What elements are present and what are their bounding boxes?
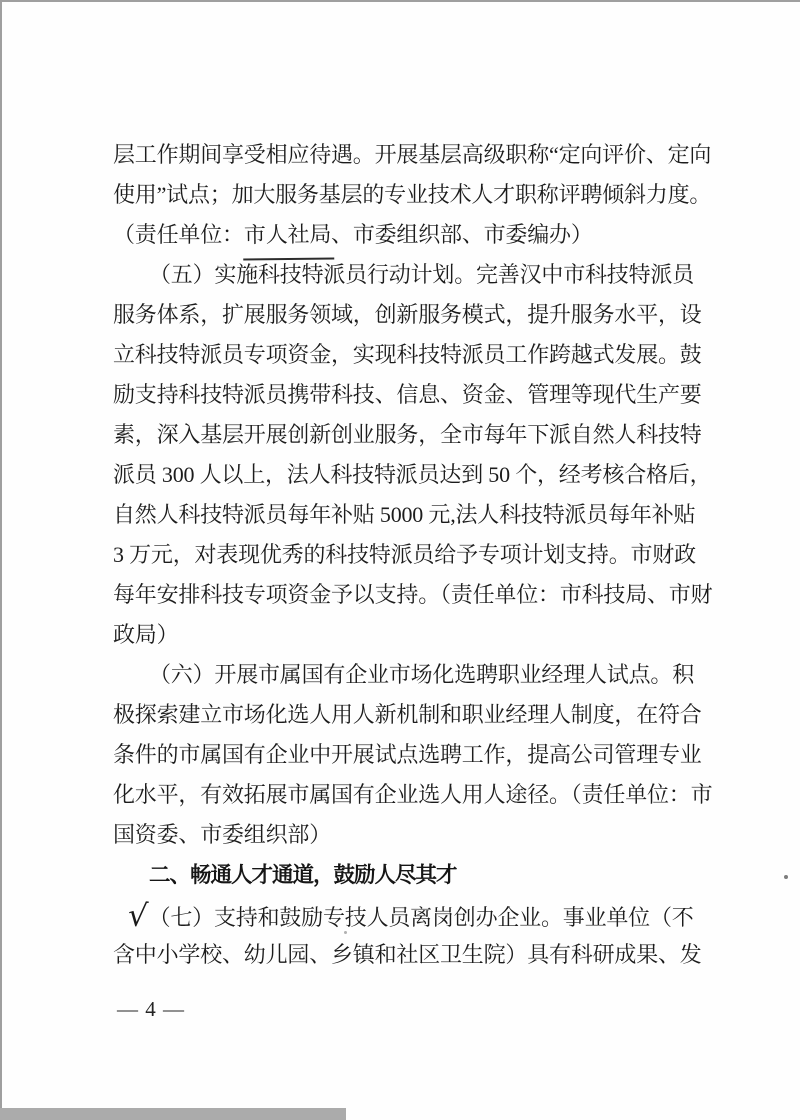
text-line: 每年安排科技专项资金予以支持。（责任单位：市科技局、市财 bbox=[113, 575, 713, 615]
scan-edge-left bbox=[0, 0, 2, 1120]
text-segment: 、市委组织部、市委编办） bbox=[331, 222, 593, 247]
text-line: 派员 300 人以上，法人科技特派员达到 50 个，经考核合格后， bbox=[113, 455, 713, 495]
section-heading: 二、畅通人才通道，鼓励人尽其才 bbox=[113, 855, 713, 895]
text-line: 立科技特派员专项资金，实现科技特派员工作跨越式发展。鼓 bbox=[113, 335, 713, 375]
text-line: 励支持科技特派员携带科技、信息、资金、管理等现代生产要 bbox=[113, 375, 713, 415]
text-line: （五）实施科技特派员行动计划。完善汉中市科技特派员 bbox=[113, 255, 713, 295]
scanned-document-page: { "meta": { "page_background": "#fefefe"… bbox=[0, 0, 800, 1120]
text-line: 化水平，有效拓展市属国有企业选人用人途径。（责任单位：市 bbox=[113, 775, 713, 815]
document-text-block: 层工作期间享受相应待遇。开展基层高级职称“定向评价、定向使用”试点；加大服务基层… bbox=[113, 135, 713, 975]
text-line: √（七）支持和鼓励专技人员离岗创办企业。事业单位（不 bbox=[113, 895, 713, 935]
scan-edge-top bbox=[0, 0, 800, 2]
text-line: 素，深入基层开展创新创业服务，全市每年下派自然人科技特 bbox=[113, 415, 713, 455]
text-line: 政局） bbox=[113, 615, 713, 655]
text-segment: （责任单位： bbox=[113, 222, 244, 247]
underlined-unit-name: 市人社局 bbox=[243, 214, 335, 260]
text-line: 服务体系，扩展服务领域，创新服务模式，提升服务水平，设 bbox=[113, 295, 713, 335]
text-line: 使用”试点；加大服务基层的专业技术人才职称评聘倾斜力度。 bbox=[113, 175, 713, 215]
text-line: （六）开展市属国有企业市场化选聘职业经理人试点。积 bbox=[113, 655, 713, 695]
text-line: 极探索建立市场化选人用人新机制和职业经理人制度，在符合 bbox=[113, 695, 713, 735]
scan-bottom-band bbox=[0, 1108, 346, 1120]
page-number: — 4 — bbox=[117, 989, 185, 1029]
text-line: 层工作期间享受相应待遇。开展基层高级职称“定向评价、定向 bbox=[113, 135, 713, 175]
text-line: 3 万元，对表现优秀的科技特派员给予专项计划支持。市财政 bbox=[113, 535, 713, 575]
text-line: 自然人科技特派员每年补贴 5000 元,法人科技特派员每年补贴 bbox=[113, 495, 713, 535]
text-line: （责任单位：市人社局、市委组织部、市委编办） bbox=[113, 215, 713, 255]
scan-speck bbox=[784, 875, 788, 879]
text-line: 含中小学校、幼儿园、乡镇和社区卫生院）具有科研成果、发 bbox=[113, 935, 713, 975]
text-line: 条件的市属国有企业中开展试点选聘工作，提高公司管理专业 bbox=[113, 735, 713, 775]
text-line: 国资委、市委组织部） bbox=[113, 815, 713, 855]
handwritten-checkmark-icon: √ bbox=[127, 895, 149, 936]
